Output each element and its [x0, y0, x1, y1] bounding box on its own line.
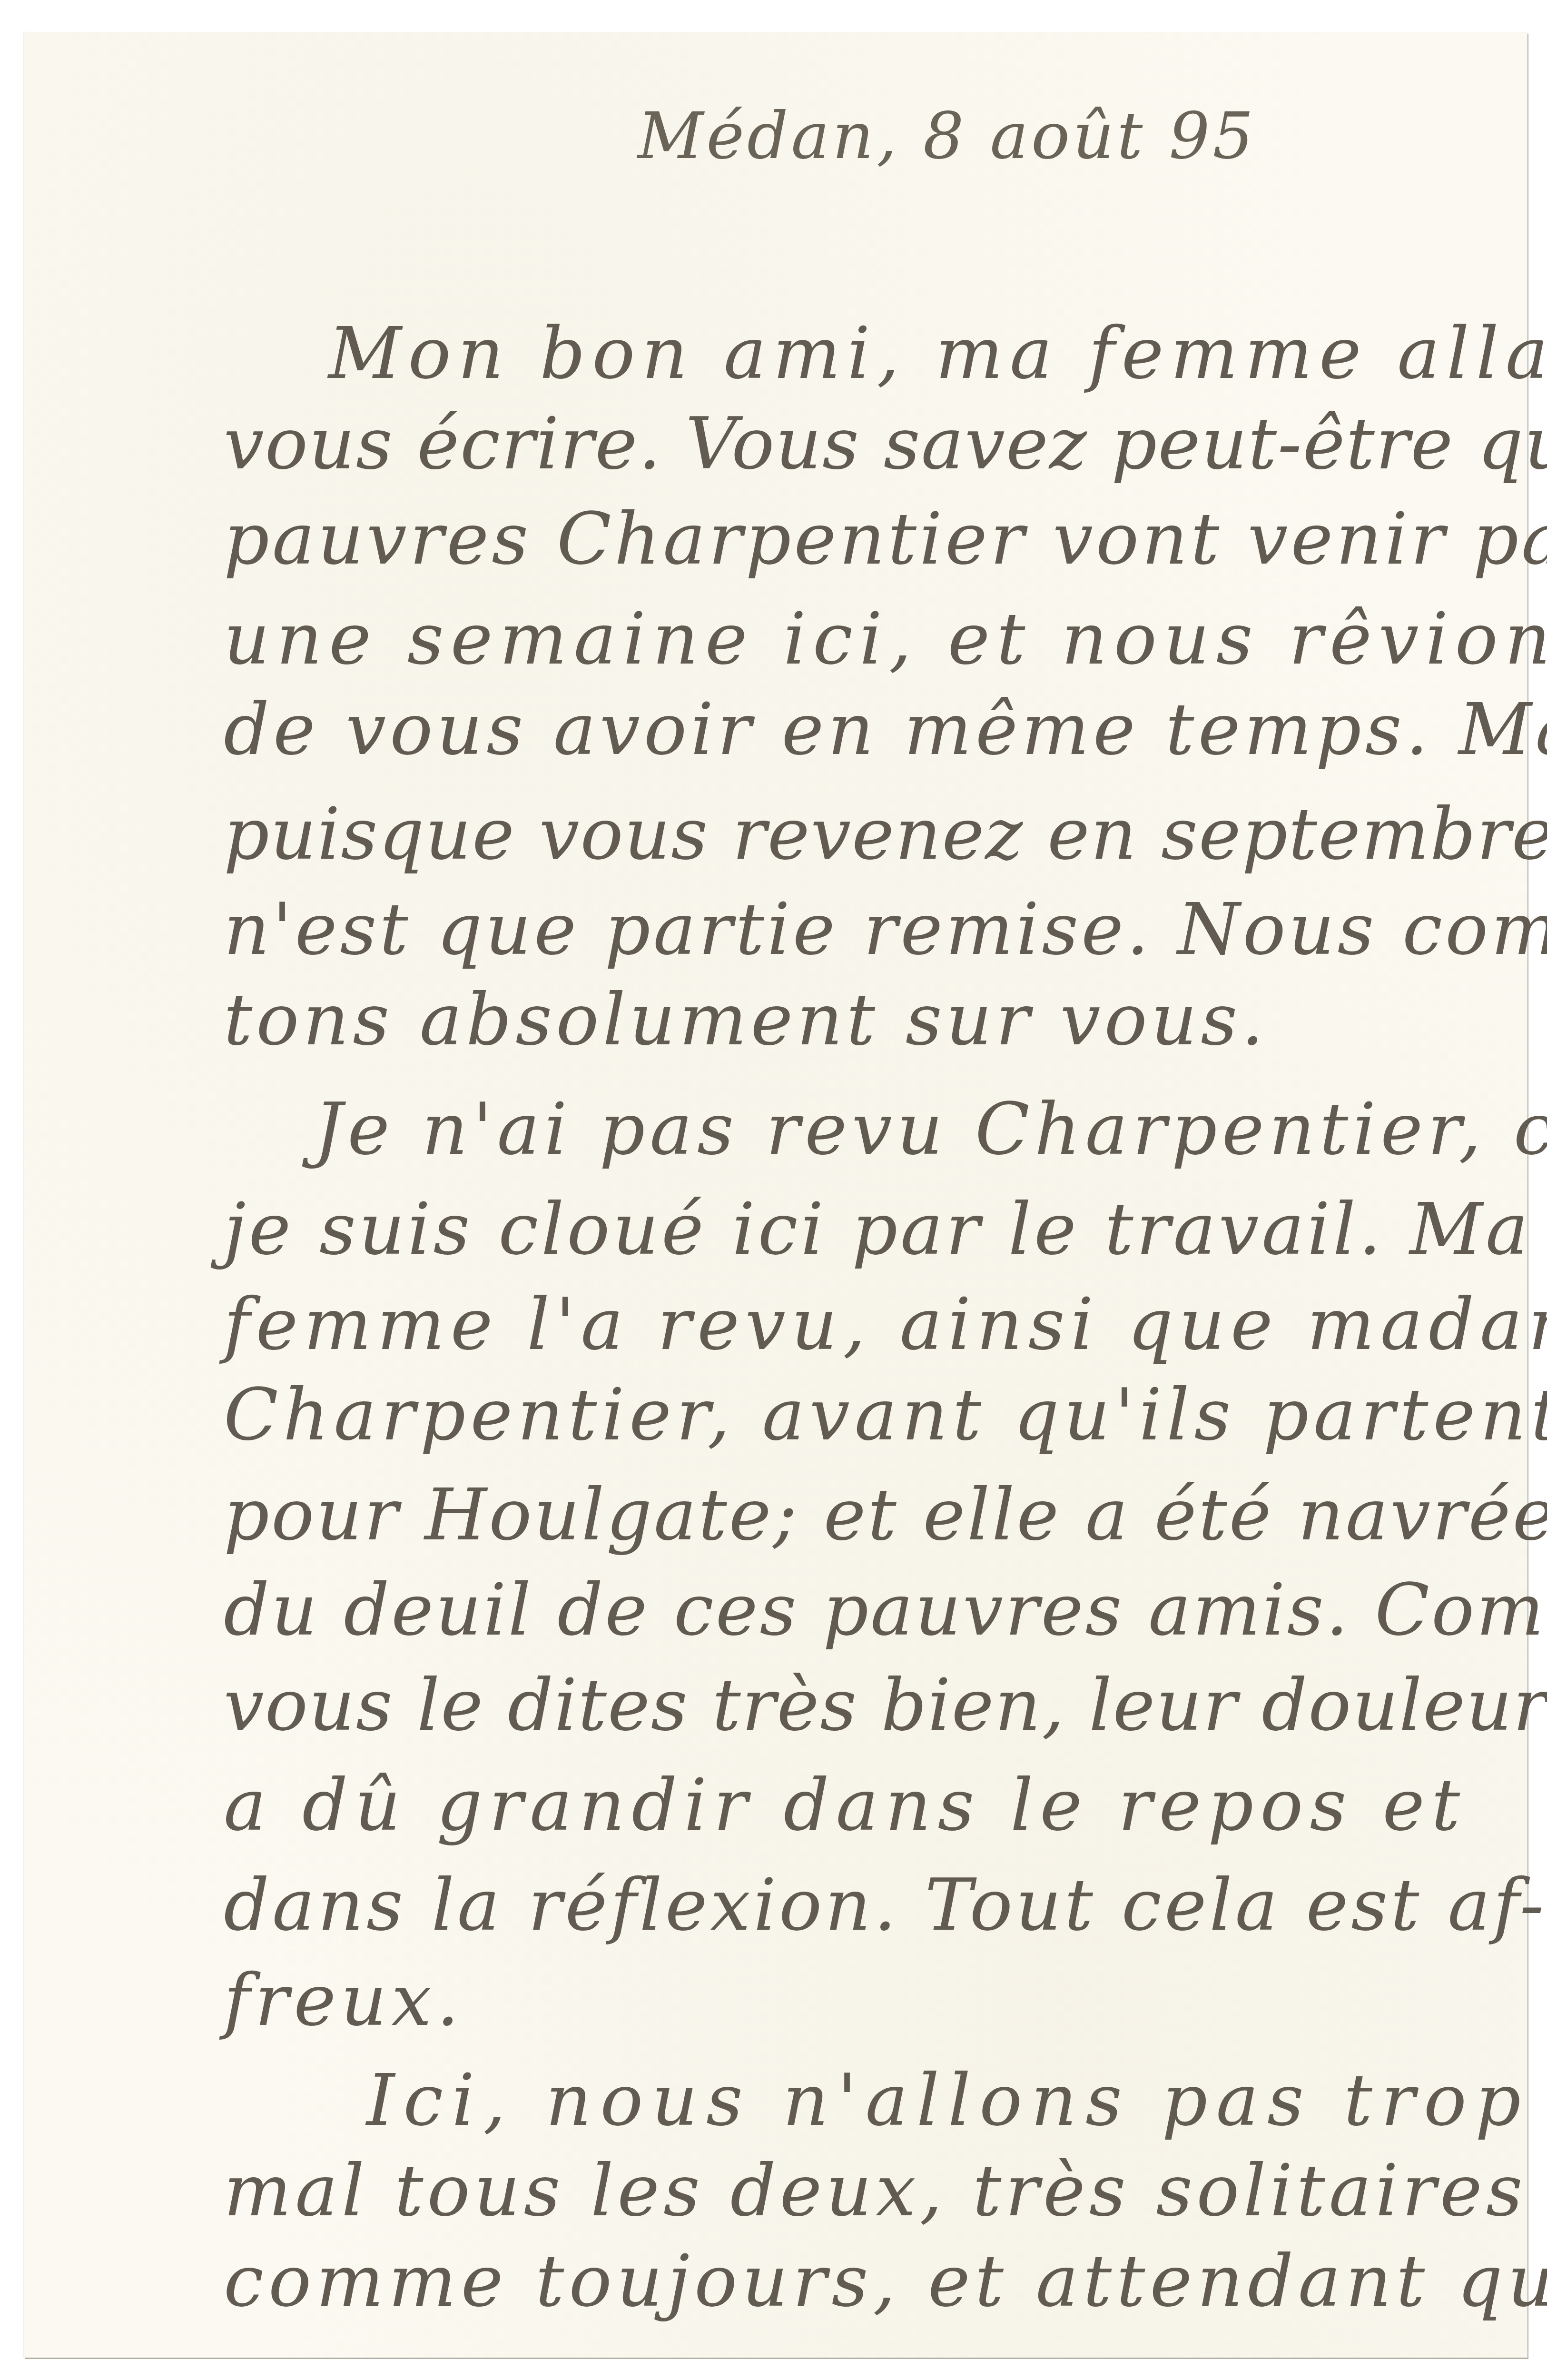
- letter-line: du deuil de ces pauvres amis. Comme: [224, 1575, 1547, 1646]
- letter-line: Ici, nous n'allons pas trop: [366, 2065, 1529, 2136]
- letter-line: vous le dites très bien, leur douleur: [224, 1670, 1547, 1741]
- letter-line: comme toujours, et attendant que: [224, 2246, 1547, 2317]
- letter-line: de vous avoir en même temps. Mais,: [224, 694, 1547, 765]
- letter-line: tons absolument sur vous.: [224, 984, 1268, 1056]
- letter-sheet: Médan, 8 août 95 Mon bon ami, ma femme a…: [24, 32, 1527, 2358]
- letter-line: n'est que partie remise. Nous comp-: [224, 894, 1547, 965]
- letter-dateline: Médan, 8 août 95: [638, 104, 1256, 168]
- letter-line: une semaine ici, et nous rêvions: [224, 604, 1547, 675]
- letter-line: je suis cloué ici par le travail. Ma: [224, 1194, 1531, 1265]
- letter-line: Je n'ai pas revu Charpentier, car: [314, 1094, 1547, 1165]
- letter-line: freux.: [224, 1965, 464, 2036]
- letter-line: femme l'a revu, ainsi que madame: [224, 1289, 1547, 1360]
- letter-line: vous écrire. Vous savez peut-être que le…: [224, 408, 1547, 480]
- letter-line: puisque vous revenez en septembre, ce: [224, 799, 1547, 870]
- letter-line: Mon bon ami, ma femme allait: [328, 318, 1547, 389]
- letter-line: pauvres Charpentier vont venir passer: [224, 504, 1547, 575]
- letter-line: pour Houlgate; et elle a été navrée: [224, 1479, 1547, 1551]
- letter-line: a dû grandir dans le repos et: [224, 1770, 1467, 1841]
- letter-line: mal tous les deux, très solitaires: [224, 2155, 1527, 2227]
- letter-line: Charpentier, avant qu'ils partent: [224, 1379, 1547, 1451]
- letter-line: dans la réflexion. Tout cela est af-: [224, 1870, 1547, 1941]
